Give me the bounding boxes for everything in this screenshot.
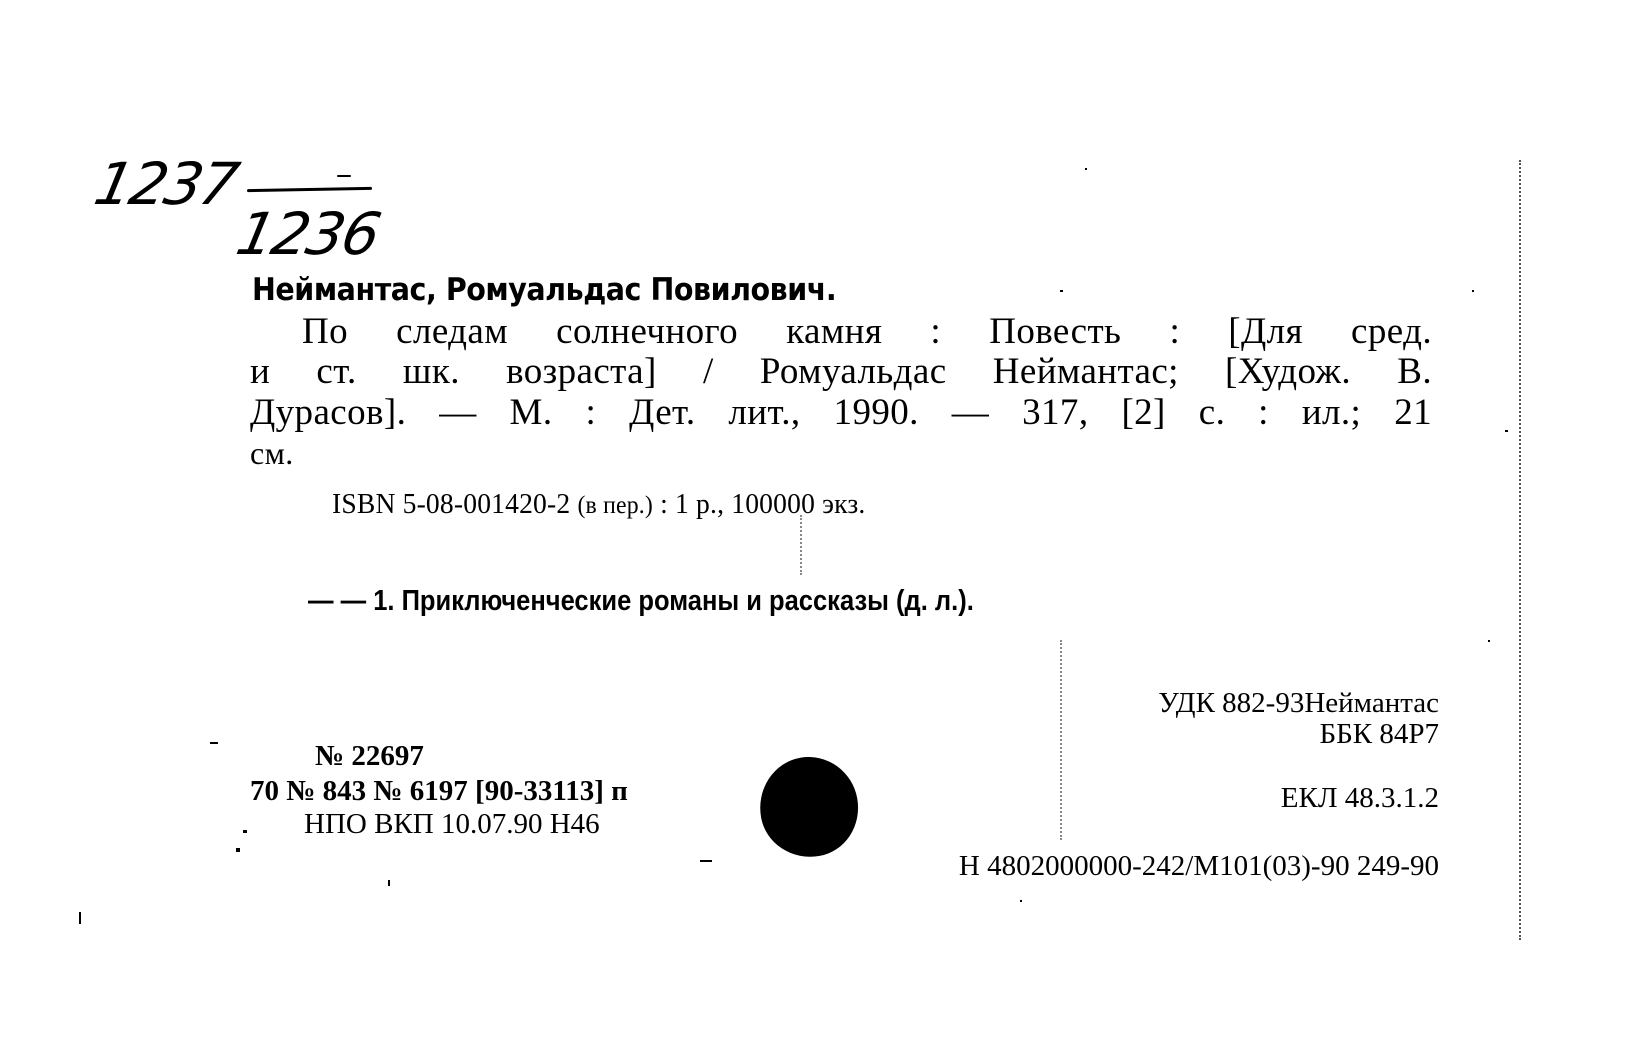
handwritten-denominator: 1236: [231, 200, 385, 268]
description-line-2: и ст. шк. возраста] / Ромуальдас Неймант…: [250, 352, 1432, 392]
npo-line: НПО ВКП 10.07.90 Н46: [304, 808, 600, 841]
isbn-number: ISBN 5-08-001420-2: [332, 488, 570, 520]
publication-code: Н 4802000000-242/М101(03)-90 249-90: [959, 850, 1439, 883]
author-heading: Неймантас, Ромуальдас Повилович.: [252, 272, 836, 308]
ink-blot: [752, 749, 866, 864]
handwritten-numerator: 1237: [89, 150, 243, 218]
fraction-tick: [337, 175, 351, 177]
ekl-code: ЕКЛ 48.3.1.2: [1281, 782, 1439, 815]
scan-speck: [210, 742, 218, 744]
udc-code: УДК 882-93Неймантас: [1158, 687, 1439, 720]
scan-speck: [700, 860, 712, 862]
scan-speck: [236, 848, 240, 852]
scan-dotted-line: [800, 515, 802, 575]
catalog-card: { "handwritten": { "numerator": "1237", …: [0, 0, 1632, 1056]
scan-speck: [1085, 168, 1087, 170]
scan-speck: [1472, 290, 1474, 292]
description-line-1: По следам солнечного камня : Повесть : […: [302, 312, 1432, 352]
scan-speck: [243, 830, 247, 833]
description-line-4: см.: [250, 433, 294, 473]
scan-speck: [1060, 290, 1063, 292]
bbk-code: ББК 84Р7: [1319, 718, 1439, 751]
scan-speck: [1020, 900, 1022, 902]
registry-number: № 22697: [315, 740, 424, 773]
scan-speck: [1505, 430, 1508, 432]
scan-dotted-line: [1060, 640, 1062, 840]
subject-heading: — — 1. Приключенческие романы и рассказы…: [308, 585, 974, 618]
isbn-line: ISBN 5-08-001420-2 (в пер.) : 1 р., 1000…: [332, 488, 865, 521]
isbn-price-run: : 1 р., 100000 экз.: [660, 488, 865, 520]
scan-speck: [1488, 640, 1490, 642]
description-line-3: Дурасов]. — М. : Дет. лит., 1990. — 317,…: [250, 393, 1432, 433]
fraction-line: [247, 187, 372, 192]
scan-speck: [388, 880, 390, 886]
scan-dotted-line: [1519, 160, 1521, 940]
scan-speck: [79, 912, 81, 924]
isbn-binding: (в пер.): [577, 492, 653, 519]
order-line: 70 № 843 № 6197 [90-33113] п: [250, 775, 628, 808]
